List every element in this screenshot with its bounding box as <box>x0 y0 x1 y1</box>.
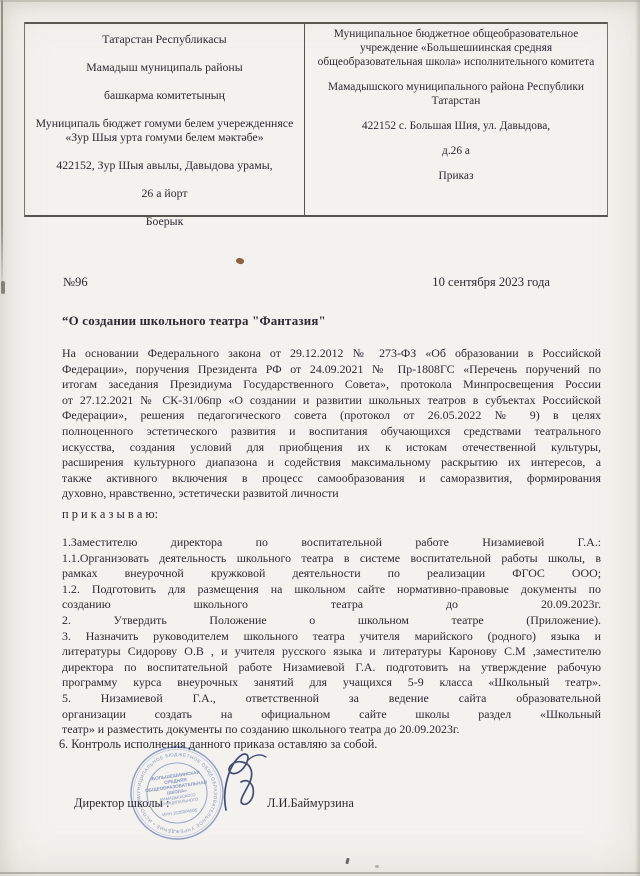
text-line: программу курса внеурочных занятий для у… <box>62 675 601 691</box>
text-line: 26 а йорт <box>31 186 298 200</box>
letterhead-tatar-cell: Татарстан РеспубликасыМамадыш муниципаль… <box>25 24 305 215</box>
text-line: итогам заседания Президиума Государствен… <box>62 377 601 393</box>
text-line: рамках внеурочной кружковой деятельности… <box>62 566 601 582</box>
scan-edge-top <box>0 0 640 2</box>
text-line: Боерык <box>31 214 298 228</box>
text-line: литературы Сидорову О.В , и учителя русс… <box>62 644 601 660</box>
text-line: Муниципальное бюджетное общеобразователь… <box>313 27 599 69</box>
order-preamble: На основании Федерального закона от 29.1… <box>62 346 601 502</box>
text-line: 422152 с. Большая Шия, ул. Давыдова, <box>313 119 599 133</box>
text-line: духовно, нравственно, эстетически развит… <box>62 486 601 502</box>
text-line: от 27.12.2021 № СК-31/06пр «О создании и… <box>62 393 601 409</box>
text-line: директора по воспитательной работе Низам… <box>62 660 601 676</box>
text-line: искусства, создания условий для приобщен… <box>62 440 601 456</box>
signature-name: Л.И.Баймурзина <box>267 796 354 811</box>
order-date: 10 сентября 2023 года <box>432 275 550 290</box>
text-line: На основании Федерального закона от 29.1… <box>62 346 601 362</box>
text-line: 422152, Зур Шыя авылы, Давыдова урамы, <box>31 158 298 172</box>
ink-speck <box>375 865 379 868</box>
text-line: также активного включения в процесс само… <box>62 471 601 487</box>
scan-edge-blob <box>1 281 5 294</box>
text-line: организации создать на официальном сайте… <box>62 707 601 723</box>
text-line: 1.1.Организовать деятельность школьного … <box>62 551 601 567</box>
text-line: Федерации», решения педагогического сове… <box>62 408 601 424</box>
text-line: расширения культурного диапазона и содей… <box>62 455 601 471</box>
director-signature-scribble <box>212 748 272 818</box>
scan-edge-bottom <box>0 872 640 874</box>
document-page: Татарстан РеспубликасыМамадыш муниципаль… <box>0 0 640 876</box>
scan-edge-left <box>1 0 3 296</box>
order-number: №96 <box>63 275 88 290</box>
text-line: башкарма комитетының <box>31 88 298 102</box>
order-items: 1.Заместителю директора по воспитательно… <box>62 535 601 738</box>
text-line: Мамадыш муниципаль районы <box>31 60 298 74</box>
ink-speck <box>345 858 349 865</box>
text-line: Муниципаль бюджет гомуми белем учережден… <box>31 116 298 144</box>
text-line: 3. Назначить руководителем школьного теа… <box>62 629 601 645</box>
text-line: 1.Заместителю директора по воспитательно… <box>62 535 601 551</box>
ink-speck <box>235 257 245 266</box>
text-line: полноценного эстетического развития и во… <box>62 424 601 440</box>
decree-word: п р и к а з ы в а ю: <box>62 507 158 522</box>
text-line: Мамадышского муниципального района Респу… <box>313 80 599 108</box>
text-line: Приказ <box>313 169 599 183</box>
text-line: 2. Утвердить Положение о школьном театре… <box>62 613 601 629</box>
text-line: 5. Низамиевой Г.А., ответственной за вед… <box>62 691 601 707</box>
text-line: Татарстан Республикасы <box>31 32 298 46</box>
order-title: “О создании школьного театра "Фантазия" <box>62 314 602 329</box>
text-line: созданию школьного театра до 20.09.2023г… <box>62 597 601 613</box>
text-line: 1.2. Подготовить для размещения на школь… <box>62 582 601 598</box>
letterhead-russian-cell: Муниципальное бюджетное общеобразователь… <box>305 24 607 215</box>
order-meta-row: №96 10 сентября 2023 года <box>63 275 601 290</box>
scan-edge-right <box>635 0 640 876</box>
text-line: д.26 а <box>313 144 599 158</box>
stamp-inn: ИНН 1626004506 <box>162 807 198 817</box>
text-line: театр» и разместить документы по создани… <box>62 722 601 738</box>
text-line: Федерации», поручения Президента РФ от 2… <box>62 362 601 378</box>
letterhead-table: Татарстан РеспубликасыМамадыш муниципаль… <box>24 22 608 217</box>
